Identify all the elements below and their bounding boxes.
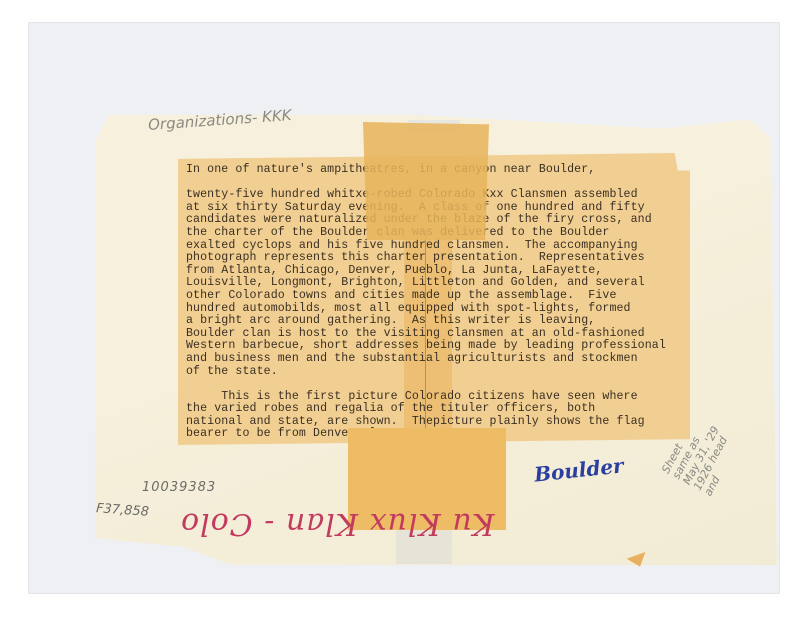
typed-caption-line: other Colorado towns and cities made up … <box>186 290 691 303</box>
typed-caption-line: a bright arc around gathering. As this w… <box>186 315 691 328</box>
handwritten-red-inscription: Ku Klux Klan - Colo <box>180 506 495 541</box>
typed-caption-line: the varied robes and regalia of the titu… <box>186 403 691 416</box>
handwritten-catalog-number: 10039383 <box>142 480 216 495</box>
typed-caption-line: photograph represents this charter prese… <box>186 252 691 265</box>
typed-caption-line: of the state. <box>186 366 691 379</box>
typed-caption-line: and business men and the substantial agr… <box>186 353 691 366</box>
tape-top <box>363 122 489 240</box>
typed-caption-line <box>186 378 691 391</box>
